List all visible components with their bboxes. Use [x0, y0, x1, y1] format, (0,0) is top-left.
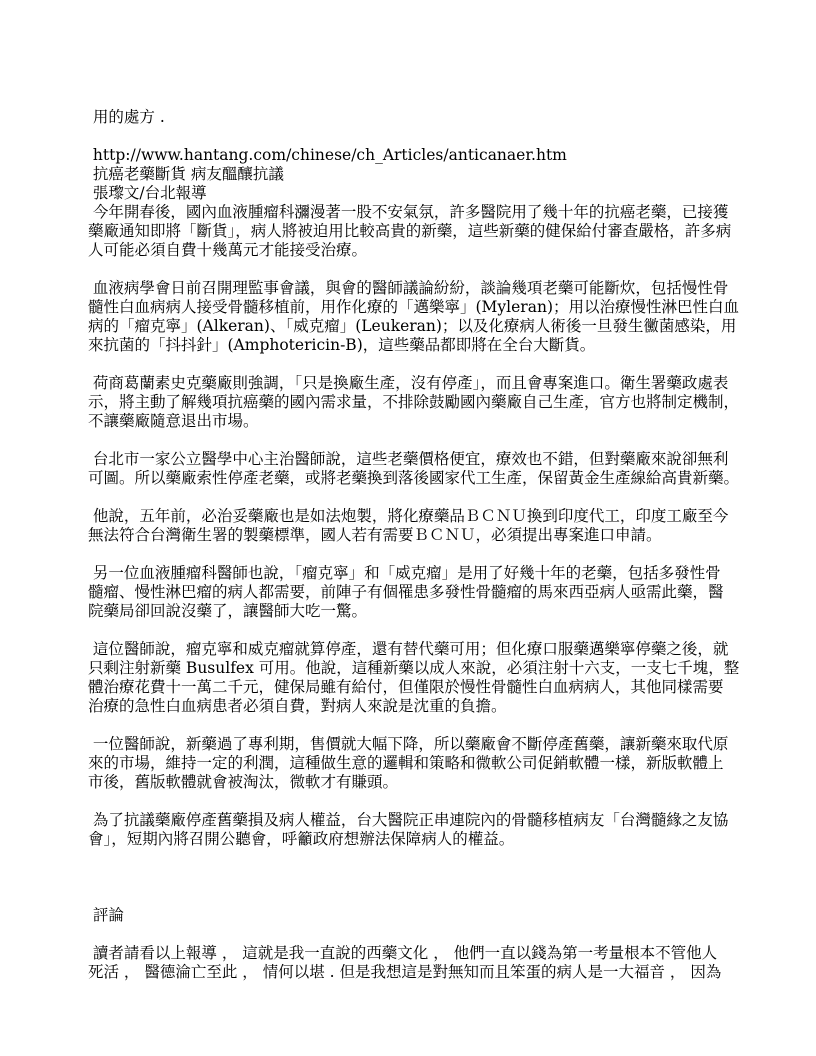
text-line	[88, 716, 748, 735]
text-line	[88, 887, 748, 906]
document-page: 用的處方 . http://www.hantang.com/chinese/ch…	[0, 0, 816, 1056]
text-line	[88, 792, 748, 811]
text-line	[88, 260, 748, 279]
page-fragment-line: 用的處方 .	[88, 108, 748, 127]
text-line: 髓性白血病病人接受骨髓移植前，用作化療的「邁樂寧」(Myleran)；用以治療慢…	[88, 298, 748, 317]
text-line: 市後，舊版軟體就會被淘汰，微軟才有賺頭。	[88, 773, 748, 792]
text-line: 死活 ， 醫德淪亡至此 ， 情何以堪 . 但是我想這是對無知而且笨蛋的病人是一大…	[88, 963, 748, 982]
article-url: http://www.hantang.com/chinese/ch_Articl…	[88, 146, 748, 165]
article-title: 抗癌老藥斷貨 病友醞釀抗議	[88, 165, 748, 184]
text-line: 無法符合台灣衛生署的製藥標準，國人若有需要ＢＣＮＵ，必須提出專案進口申請。	[88, 526, 748, 545]
text-line: 可圖。所以藥廠索性停產老藥，或將老藥換到落後國家代工生產，保留黃金生產線給高貴新…	[88, 469, 748, 488]
text-line	[88, 545, 748, 564]
text-line: 髓瘤、慢性淋巴瘤的病人都需要，前陣子有個罹患多發性骨髓瘤的馬來西亞病人亟需此藥，…	[88, 583, 748, 602]
text-line: 台北市一家公立醫學中心主治醫師說，這些老藥價格便宜，療效也不錯，但對藥廠來說卻無…	[88, 450, 748, 469]
text-line	[88, 925, 748, 944]
text-line: 荷商葛蘭素史克藥廠則強調，「只是換廠生產，沒有停產」，而且會專案進口。衛生署藥政…	[88, 374, 748, 393]
text-line: 治療的急性白血病患者必須自費，對病人來說是沈重的負擔。	[88, 697, 748, 716]
text-line: 來抗菌的「抖抖針」(Amphotericin-B)，這些藥品都即將在全台大斷貨。	[88, 336, 748, 355]
text-line: 這位醫師說，瘤克寧和威克瘤就算停產，還有替代藥可用；但化療口服藥邁樂寧停藥之後，…	[88, 640, 748, 659]
text-line: 讀者請看以上報導 ， 這就是我一直說的西藥文化 ， 他們一直以錢為第一考量根本不…	[88, 944, 748, 963]
text-line: 院藥局卻回說沒藥了，讓醫師大吃一驚。	[88, 602, 748, 621]
text-line: 人可能必須自費十幾萬元才能接受治療。	[88, 241, 748, 260]
text-line: 藥廠通知即將「斷貨」，病人將被迫用比較高貴的新藥，這些新藥的健保給付審查嚴格，許…	[88, 222, 748, 241]
text-line: 為了抗議藥廠停產舊藥損及病人權益，台大醫院正串連院內的骨髓移植病友「台灣髓緣之友…	[88, 811, 748, 830]
text-line	[88, 849, 748, 868]
text-line	[88, 488, 748, 507]
document-text: 用的處方 . http://www.hantang.com/chinese/ch…	[88, 108, 748, 982]
text-line: 病的「瘤克寧」(Alkeran)、「威克瘤」(Leukeran)；以及化療病人術…	[88, 317, 748, 336]
text-line: 一位醫師說，新藥過了專利期，售價就大幅下降，所以藥廠會不斷停產舊藥，讓新藥來取代…	[88, 735, 748, 754]
text-line: 另一位血液腫瘤科醫師也說，「瘤克寧」和「威克瘤」是用了好幾十年的老藥，包括多發性…	[88, 564, 748, 583]
text-line: 來的市場，維持一定的利潤，這種做生意的邏輯和策略和微軟公司促銷軟體一樣，新版軟體…	[88, 754, 748, 773]
text-line: 血液病學會日前召開理監事會議，與會的醫師議論紛紛，談論幾項老藥可能斷炊，包括慢性…	[88, 279, 748, 298]
text-line: 他說，五年前，必治妥藥廠也是如法炮製，將化療藥品ＢＣＮＵ換到印度代工，印度工廠至…	[88, 507, 748, 526]
text-line: 示，將主動了解幾項抗癌藥的國內需求量，不排除鼓勵國內藥廠自己生產，官方也將制定機…	[88, 393, 748, 412]
text-line: 體治療花費十一萬二千元，健保局雖有給付，但僅限於慢性骨髓性白血病病人，其他同樣需…	[88, 678, 748, 697]
article-byline: 張瓈文/台北報導	[88, 184, 748, 203]
text-line: 不讓藥廠隨意退出市場。	[88, 412, 748, 431]
text-line	[88, 868, 748, 887]
text-line	[88, 355, 748, 374]
comment-heading: 評論	[88, 906, 748, 925]
text-line: 今年開春後，國內血液腫瘤科瀰漫著一股不安氣氛，許多醫院用了幾十年的抗癌老藥，已接…	[88, 203, 748, 222]
text-line	[88, 431, 748, 450]
text-line: 只剩注射新藥 Busulfex 可用。他說，這種新藥以成人來說，必須注射十六支，…	[88, 659, 748, 678]
text-line	[88, 127, 748, 146]
text-line	[88, 621, 748, 640]
text-line: 會」，短期內將召開公聽會，呼籲政府想辦法保障病人的權益。	[88, 830, 748, 849]
